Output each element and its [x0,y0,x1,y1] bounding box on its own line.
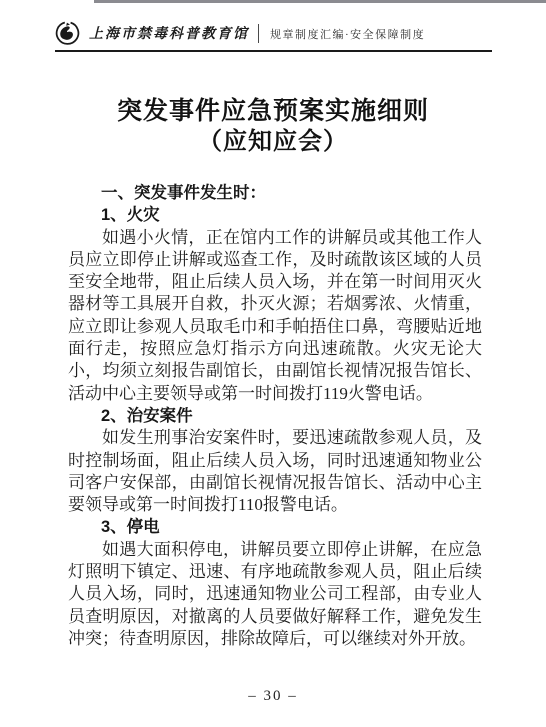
museum-dove-logo-icon [55,20,80,46]
document-subtitle: （应知应会） [0,127,546,158]
subsection-heading-fire: 1、火灾 [68,204,482,226]
title-block: 突发事件应急预案实施细则 （应知应会） [0,97,546,158]
document-page: 上海市禁毒科普教育馆 规章制度汇编·安全保障制度 突发事件应急预案实施细则 （应… [0,0,546,727]
subsection-heading-power: 3、停电 [68,516,482,538]
page-number: – 30 – [0,688,546,705]
header-rule [55,50,492,52]
scan-edge-artifact [94,0,546,3]
section-heading: 一、突发事件发生时： [68,182,482,204]
header-divider [258,24,259,43]
subsection-heading-security: 2、治安案件 [68,405,482,427]
header-subtitle: 规章制度汇编·安全保障制度 [270,24,425,42]
document-body: 一、突发事件发生时： 1、火灾 如遇小火情，正在馆内工作的讲解员或其他工作人员应… [68,182,482,650]
museum-name: 上海市禁毒科普教育馆 [89,23,249,43]
page-header: 上海市禁毒科普教育馆 规章制度汇编·安全保障制度 [55,19,492,47]
paragraph-fire: 如遇小火情，正在馆内工作的讲解员或其他工作人员应立即停止讲解或巡查工作，及时疏散… [68,227,482,405]
paragraph-power: 如遇大面积停电，讲解员要立即停止讲解，在应急灯照明下镇定、迅速、有序地疏散参观人… [68,539,482,650]
document-title: 突发事件应急预案实施细则 [0,97,546,127]
paragraph-security: 如发生刑事治安案件时，要迅速疏散参观人员，及时控制场面，阻止后续人员入场，同时迅… [68,427,482,516]
